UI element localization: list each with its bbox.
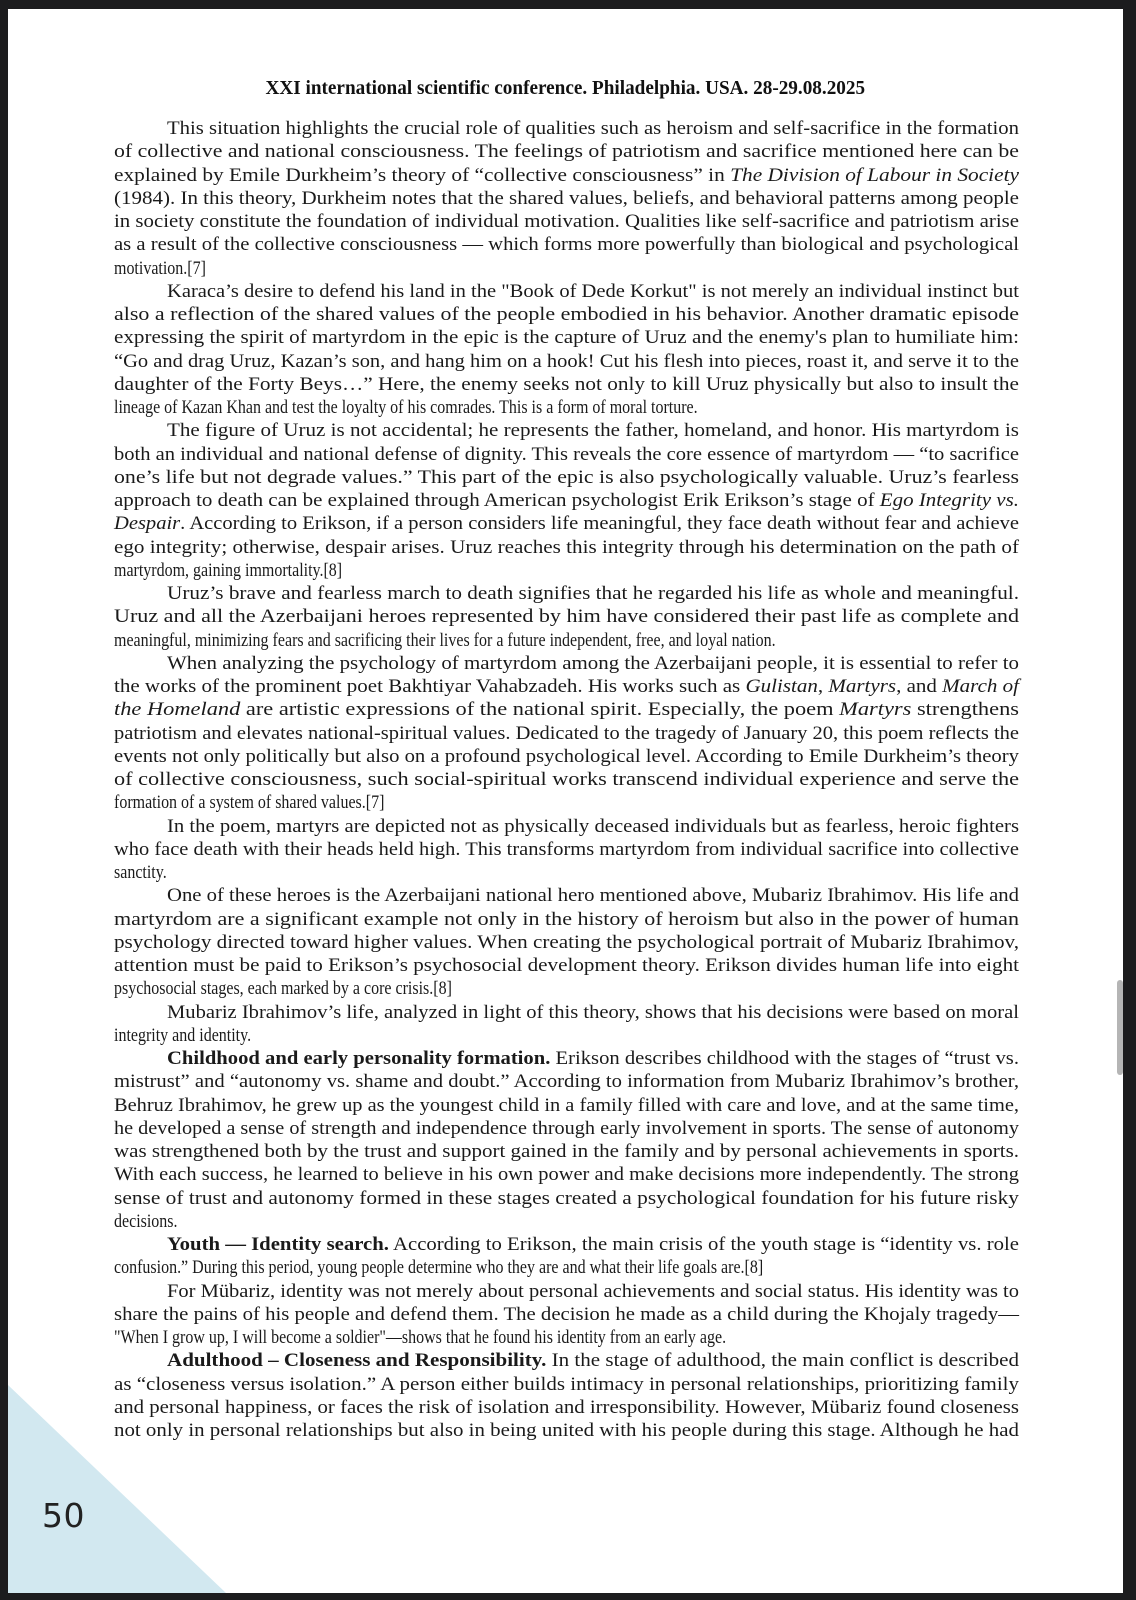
- text-line: share the pains of his people and defend…: [114, 1303, 1019, 1326]
- text-line: (1984). In this theory, Durkheim notes t…: [114, 187, 1019, 210]
- text-line: ego integrity; otherwise, despair arises…: [114, 536, 1019, 559]
- text-line: patriotism and elevates national-spiritu…: [114, 722, 1019, 745]
- text-line: Despair. According to Erikson, if a pers…: [114, 512, 1019, 535]
- text-line: and personal happiness, or faces the ris…: [114, 1396, 1019, 1419]
- paragraph: Youth — Identity search. According to Er…: [114, 1233, 1019, 1280]
- text-line: both an individual and national defense …: [114, 443, 1019, 466]
- text-line: he developed a sense of strength and ind…: [114, 1117, 1019, 1140]
- text-line: Behruz Ibrahimov, he grew up as the youn…: [114, 1094, 1019, 1117]
- text-line: of collective and national consciousness…: [114, 140, 1019, 163]
- text-line: of collective consciousness, such social…: [114, 768, 1019, 791]
- corner-accent-triangle: [8, 1385, 226, 1593]
- text-line: Childhood and early personality formatio…: [114, 1047, 1019, 1070]
- conference-header-text: XXI international scientific conference.…: [266, 77, 866, 100]
- text-line: approach to death can be explained throu…: [114, 489, 1019, 512]
- text-line: With each success, he learned to believe…: [114, 1163, 1019, 1186]
- text-line: Mubariz Ibrahimov’s life, analyzed in li…: [114, 1001, 1019, 1024]
- paragraph: Mubariz Ibrahimov’s life, analyzed in li…: [114, 1001, 1019, 1048]
- text-line: This situation highlights the crucial ro…: [114, 117, 1019, 140]
- text-line: martyrdom are a significant example not …: [114, 908, 1019, 931]
- text-line: Adulthood – Closeness and Responsibility…: [114, 1349, 1019, 1372]
- text-line: Youth — Identity search. According to Er…: [114, 1233, 1019, 1256]
- text-line: daughter of the Forty Beys…” Here, the e…: [114, 373, 1019, 396]
- text-line: When analyzing the psychology of martyrd…: [114, 652, 1019, 675]
- paragraph: Adulthood – Closeness and Responsibility…: [114, 1349, 1019, 1442]
- text-line: psychology directed toward higher values…: [114, 931, 1019, 954]
- text-line: Uruz and all the Azerbaijani heroes repr…: [114, 605, 1019, 628]
- text-line: not only in personal relationships but a…: [114, 1419, 1019, 1442]
- paragraph: In the poem, martyrs are depicted not as…: [114, 815, 1019, 885]
- paragraph: Childhood and early personality formatio…: [114, 1047, 1019, 1233]
- text-line: For Mübariz, identity was not merely abo…: [114, 1280, 1019, 1303]
- text-line: formation of a system of shared values.[…: [114, 791, 1019, 814]
- text-line: confusion.” During this period, young pe…: [114, 1256, 1019, 1279]
- text-line: was strengthened both by the trust and s…: [114, 1140, 1019, 1163]
- text-line: The figure of Uruz is not accidental; he…: [114, 419, 1019, 442]
- text-line: in society constitute the foundation of …: [114, 210, 1019, 233]
- text-line: attention must be paid to Erikson’s psyc…: [114, 954, 1019, 977]
- text-line: the Homeland are artistic expressions of…: [114, 698, 1019, 721]
- paragraph: One of these heroes is the Azerbaijani n…: [114, 884, 1019, 1000]
- conference-header: XXI international scientific conference.…: [8, 77, 1123, 100]
- page-number: 50: [42, 1496, 85, 1535]
- text-line: “Go and drag Uruz, Kazan’s son, and hang…: [114, 350, 1019, 373]
- text-line: as “closeness versus isolation.” A perso…: [114, 1373, 1019, 1396]
- text-line: psychosocial stages, each marked by a co…: [114, 977, 1019, 1000]
- text-line: also a reflection of the shared values o…: [114, 303, 1019, 326]
- paragraph: Uruz’s brave and fearless march to death…: [114, 582, 1019, 652]
- text-line: meaningful, minimizing fears and sacrifi…: [114, 629, 1019, 652]
- text-line: In the poem, martyrs are depicted not as…: [114, 815, 1019, 838]
- text-line: motivation.[7]: [114, 257, 1019, 280]
- text-line: sanctity.: [114, 861, 1019, 884]
- text-line: who face death with their heads held hig…: [114, 838, 1019, 861]
- paragraph: When analyzing the psychology of martyrd…: [114, 652, 1019, 815]
- text-line: decisions.: [114, 1210, 1019, 1233]
- text-line: Karaca’s desire to defend his land in th…: [114, 280, 1019, 303]
- text-line: as a result of the collective consciousn…: [114, 233, 1019, 256]
- text-line: lineage of Kazan Khan and test the loyal…: [114, 396, 1019, 419]
- text-line: Uruz’s brave and fearless march to death…: [114, 582, 1019, 605]
- article-body: This situation highlights the crucial ro…: [114, 117, 1019, 1442]
- text-line: explained by Emile Durkheim’s theory of …: [114, 164, 1019, 187]
- text-line: sense of trust and autonomy formed in th…: [114, 1187, 1019, 1210]
- text-line: One of these heroes is the Azerbaijani n…: [114, 884, 1019, 907]
- paragraph: For Mübariz, identity was not merely abo…: [114, 1280, 1019, 1350]
- paragraph: Karaca’s desire to defend his land in th…: [114, 280, 1019, 420]
- scrollbar-thumb[interactable]: [1117, 980, 1123, 1075]
- text-line: one’s life but not degrade values.” This…: [114, 466, 1019, 489]
- text-line: the works of the prominent poet Bakhtiya…: [114, 675, 1019, 698]
- text-line: expressing the spirit of martyrdom in th…: [114, 326, 1019, 349]
- paragraph: This situation highlights the crucial ro…: [114, 117, 1019, 280]
- text-line: events not only politically but also on …: [114, 745, 1019, 768]
- paragraph: The figure of Uruz is not accidental; he…: [114, 419, 1019, 582]
- document-page: XXI international scientific conference.…: [8, 9, 1123, 1593]
- text-line: "When I grow up, I will become a soldier…: [114, 1326, 1019, 1349]
- text-line: martyrdom, gaining immortality.[8]: [114, 559, 1019, 582]
- text-line: mistrust” and “autonomy vs. shame and do…: [114, 1070, 1019, 1093]
- text-line: integrity and identity.: [114, 1024, 1019, 1047]
